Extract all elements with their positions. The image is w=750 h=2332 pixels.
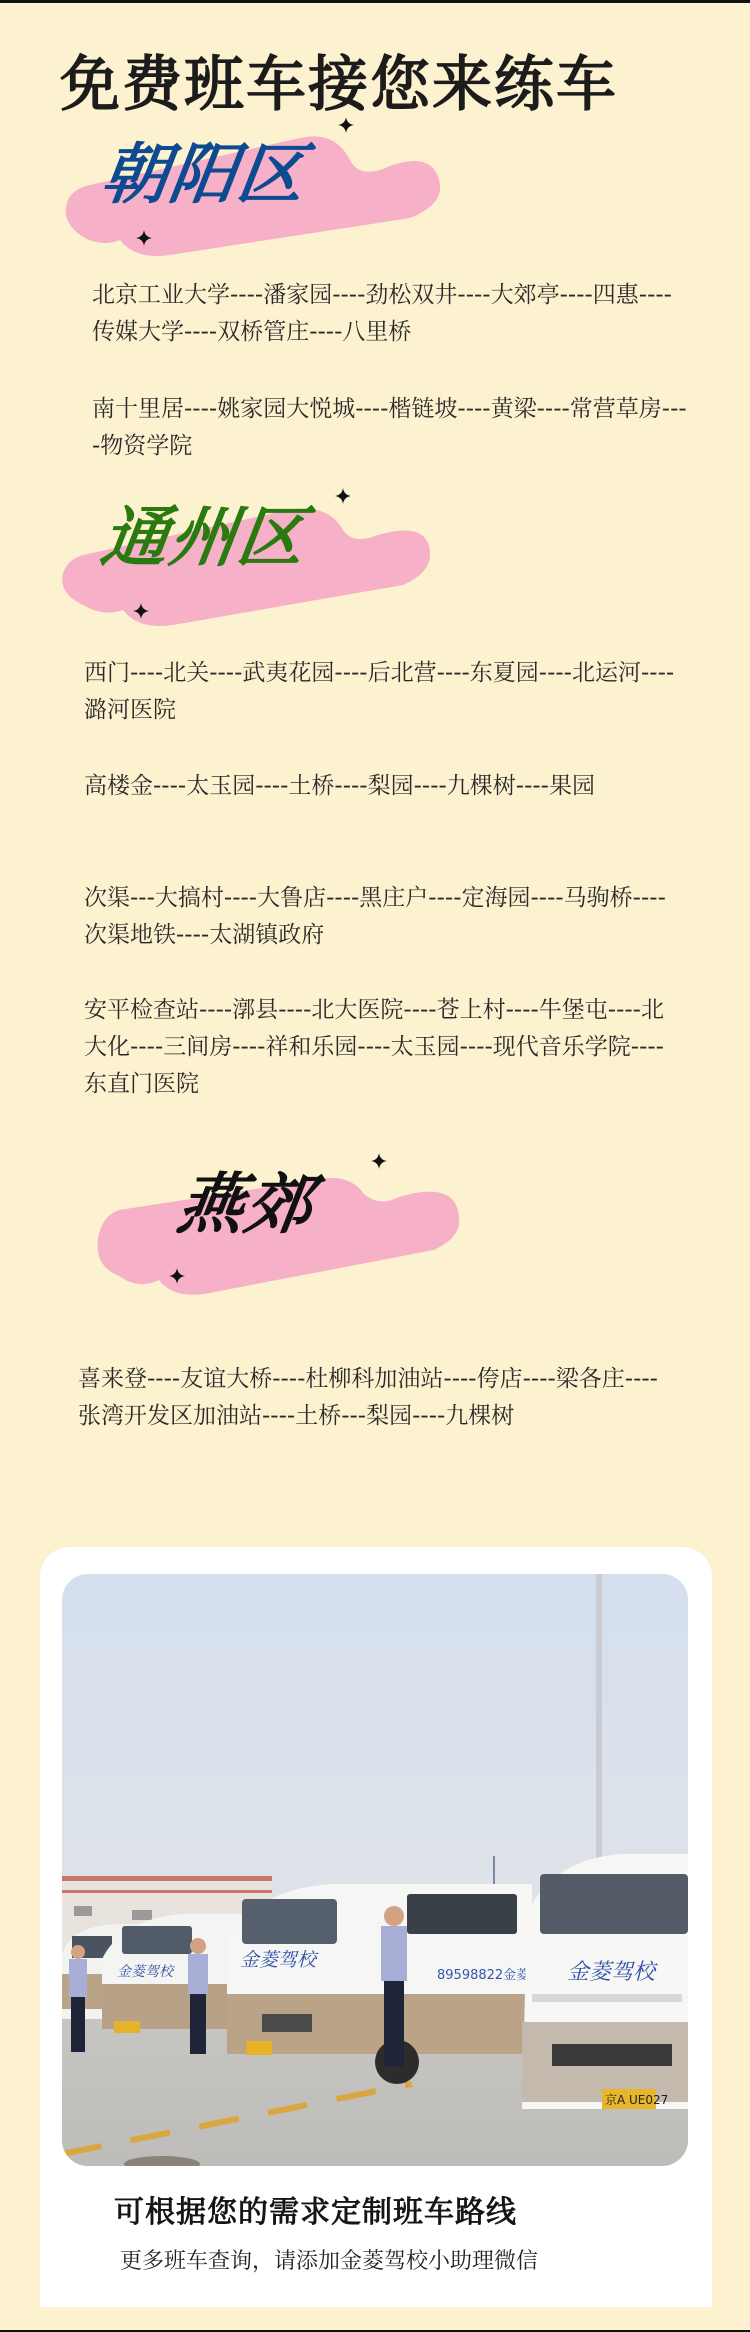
svg-text:金菱驾校: 金菱驾校: [117, 1964, 175, 1980]
sparkle-icon: [169, 1268, 185, 1284]
district-title-chaoyang: 朝阳区: [97, 140, 311, 210]
info-card: 金菱驾校 金菱驾校 89598822金菱驾校 京A: [40, 1547, 712, 2307]
page-title: 免费班车接您来练车: [60, 50, 618, 120]
card-title: 可根据您的需求定制班车路线: [114, 2187, 517, 2231]
route-text: 高楼金----太玉园----土桥----梨园----九棵树----果园: [84, 768, 684, 805]
district-title-yanjiao: 燕郊: [173, 1170, 319, 1240]
top-edge-bar: [0, 0, 750, 3]
svg-text:金菱驾校: 金菱驾校: [567, 1960, 659, 1985]
sparkle-icon: [136, 230, 152, 246]
card-subtitle: 更多班车查询，请添加金菱驾校小助理微信: [120, 2244, 538, 2275]
district-header-chaoyang: 朝阳区: [60, 130, 450, 260]
route-text: 安平检查站----漷县----北大医院----苍上村----牛堡屯----北大化…: [84, 992, 684, 1103]
sparkle-icon: [335, 488, 351, 504]
sparkle-icon: [371, 1153, 387, 1169]
shuttle-vans-photo: 金菱驾校 金菱驾校 89598822金菱驾校 京A: [62, 1574, 688, 2166]
svg-text:金菱驾校: 金菱驾校: [240, 1949, 319, 1971]
route-text: 西门----北关----武夷花园----后北营----东夏园----北运河---…: [84, 655, 684, 729]
route-text: 南十里居----姚家园大悦城----楷链坡----黄梁----常营草房----物…: [92, 391, 692, 465]
district-header-yanjiao: 燕郊: [94, 1172, 469, 1297]
route-text: 北京工业大学----潘家园----劲松双井----大郊亭----四惠----传媒…: [92, 277, 692, 351]
district-header-tongzhou: 通州区: [58, 505, 438, 630]
route-text: 喜来登----友谊大桥----杜柳科加油站----侉店----梁各庄----张湾…: [78, 1361, 678, 1435]
route-text: 次渠---大搞村----大鲁店----黑庄户----定海园----马驹桥----…: [84, 880, 684, 954]
district-title-tongzhou: 通州区: [97, 503, 311, 573]
sparkle-icon: [133, 603, 149, 619]
svg-text:京A UE027: 京A UE027: [605, 2092, 668, 2107]
sparkle-icon: [338, 117, 354, 133]
